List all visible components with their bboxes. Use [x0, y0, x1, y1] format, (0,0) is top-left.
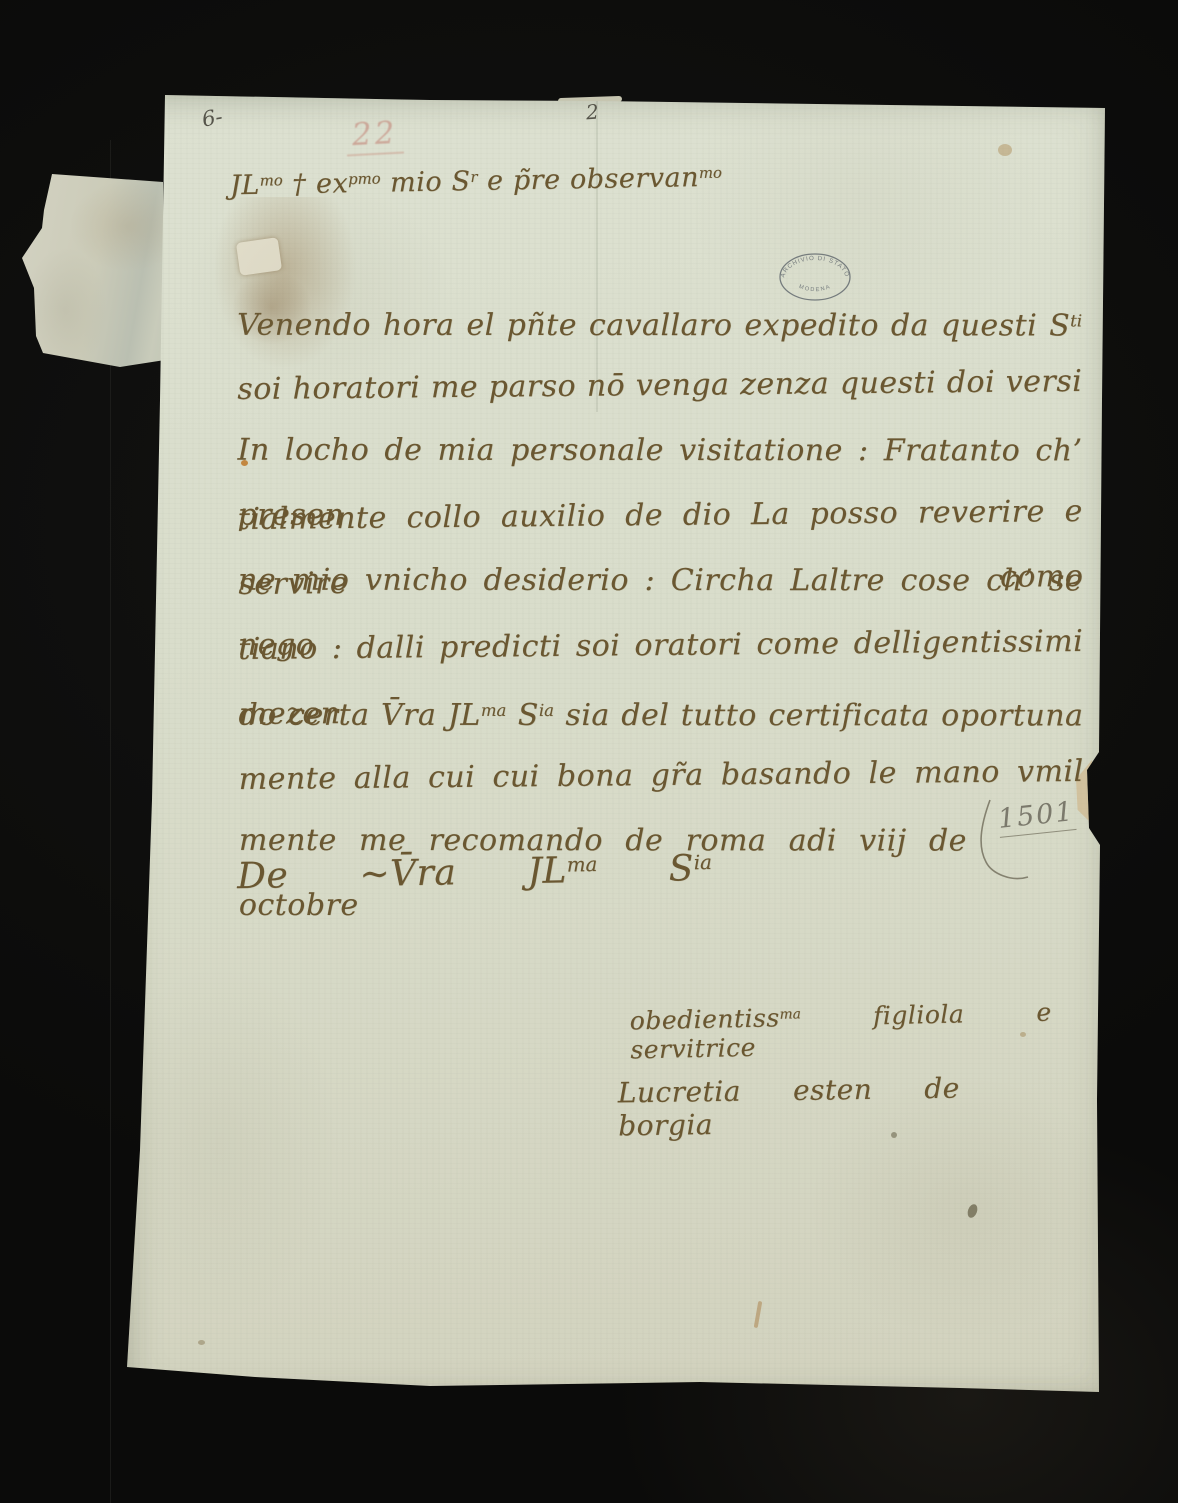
manuscript-line: soi horatori me parso nō venga zenza que…	[237, 349, 1083, 422]
manuscript-line: tiano : dalli predicti soi oratori come …	[238, 609, 1084, 682]
manuscript-line: ne mio vnicho desiderio : Circha Laltre …	[238, 548, 1083, 614]
pencil-page-number: 2	[585, 100, 599, 125]
foxing-spot	[966, 1203, 979, 1219]
manuscript-line: In locho de mia personale visitatione : …	[238, 418, 1083, 484]
paper-fragment	[20, 170, 170, 370]
closing-line: De ~V̄ra JLma Sia	[237, 848, 713, 897]
photo-background: 6- 22 2 ARCHIVIO DI STATO MODENA JLmo † …	[0, 0, 1178, 1503]
salutation-line: JLmo † expmo mio Sr e p̃re observanmo	[230, 162, 722, 202]
foxing-spot	[998, 144, 1012, 156]
manuscript-line: Venendo hora el pñte cavallaro expedito …	[237, 288, 1082, 354]
signature-line-name: Lucretia esten de borgia	[618, 1072, 961, 1143]
manuscript-line: tialmente collo auxilio de dio La posso …	[237, 479, 1083, 552]
signature-line-valediction: obedientissma figliola e servitrice	[629, 998, 1052, 1065]
manuscript-sheet: 6- 22 2 ARCHIVIO DI STATO MODENA JLmo † …	[120, 92, 1112, 1404]
foxing-spot	[754, 1301, 763, 1328]
body-text: Venendo hora el pñte cavallaro expedito …	[237, 287, 1084, 875]
red-archival-numeral: 22	[345, 115, 404, 157]
paper-repair-patch	[236, 237, 282, 276]
foxing-spot	[198, 1340, 205, 1345]
manuscript-line: do certa V̄ra JLma Sia sia del tutto cer…	[238, 678, 1083, 744]
manuscript-line: mente alla cui cui bona gr̃a basando le …	[238, 739, 1084, 812]
pencil-folio-mark: 6-	[200, 104, 224, 131]
stamp-top-text: ARCHIVIO DI STATO	[779, 255, 850, 279]
svg-text:ARCHIVIO DI STATO: ARCHIVIO DI STATO	[779, 255, 850, 279]
